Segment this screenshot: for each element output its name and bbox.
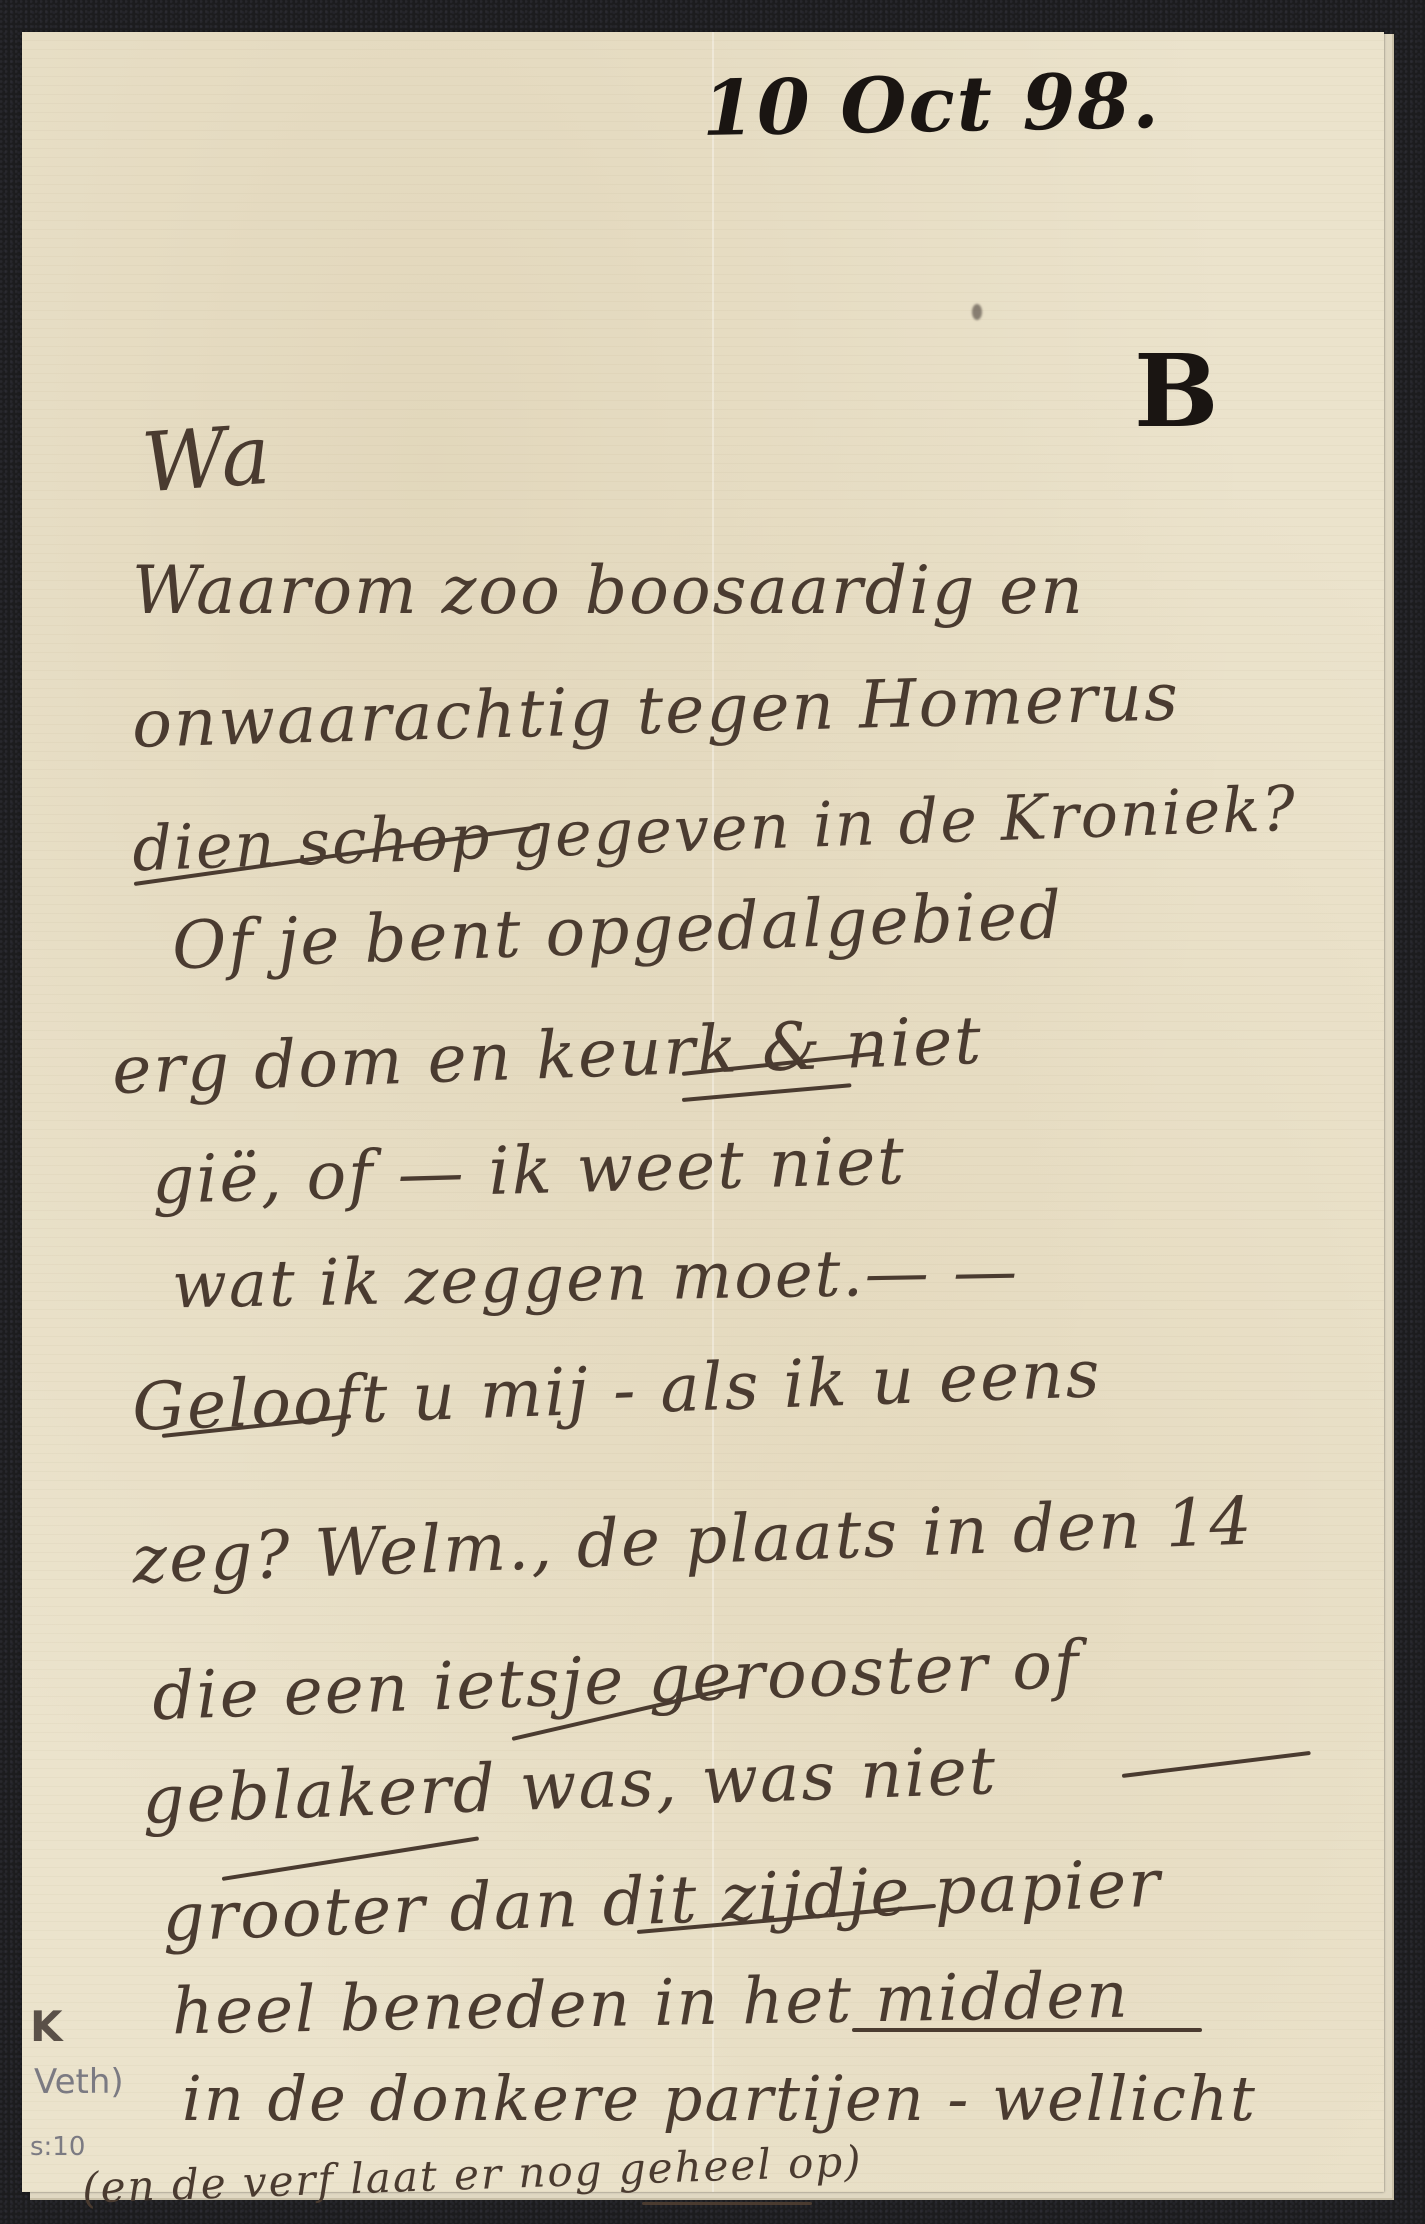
letter-line-14: in de donkere partijen - wellicht	[182, 2062, 1257, 2135]
letter-line-13: heel beneden in het midden	[171, 1959, 1130, 2050]
margin-folio: s:10	[30, 2132, 85, 2162]
letter-page: 10 Oct 98. B Wa Waarom zoo boosaardig en…	[22, 32, 1384, 2192]
margin-collection-letter: K	[30, 2002, 63, 2051]
letter-line-1: Waarom zoo boosaardig en	[132, 552, 1085, 629]
underline-niet	[1122, 1751, 1311, 1778]
letter-line-10: die een ietsje gerooster of	[151, 1626, 1082, 1735]
letter-line-6: gië, of — ik weet niet	[151, 1122, 907, 1219]
letter-line-9: zeg? Welm., de plaats in den 14	[131, 1482, 1255, 1598]
underline-geheel-op	[642, 2202, 812, 2205]
ink-smudge	[972, 304, 982, 320]
letter-line-12: grooter dan dit zijdje papier	[161, 1845, 1163, 1957]
underline-midden	[852, 2028, 1202, 2032]
letter-line-11: geblakerd was, was niet	[141, 1732, 999, 1839]
letter-line-2: onwaarachtig tegen Homerus	[131, 658, 1181, 762]
letter-date: 10 Oct 98.	[701, 56, 1161, 153]
salutation: Wa	[139, 408, 275, 512]
letter-line-4: Of je bent opgedalgebied	[171, 876, 1064, 984]
letter-line-3: dien schop gegeven in de Kroniek?	[131, 772, 1298, 886]
margin-name: Veth)	[34, 2062, 124, 2102]
page-marker: B	[1134, 332, 1221, 450]
letter-line-7: wat ik zeggen moet.— —	[171, 1235, 1019, 1324]
letter-line-8: Gelooft u mij - als ik u eens	[131, 1335, 1103, 1446]
